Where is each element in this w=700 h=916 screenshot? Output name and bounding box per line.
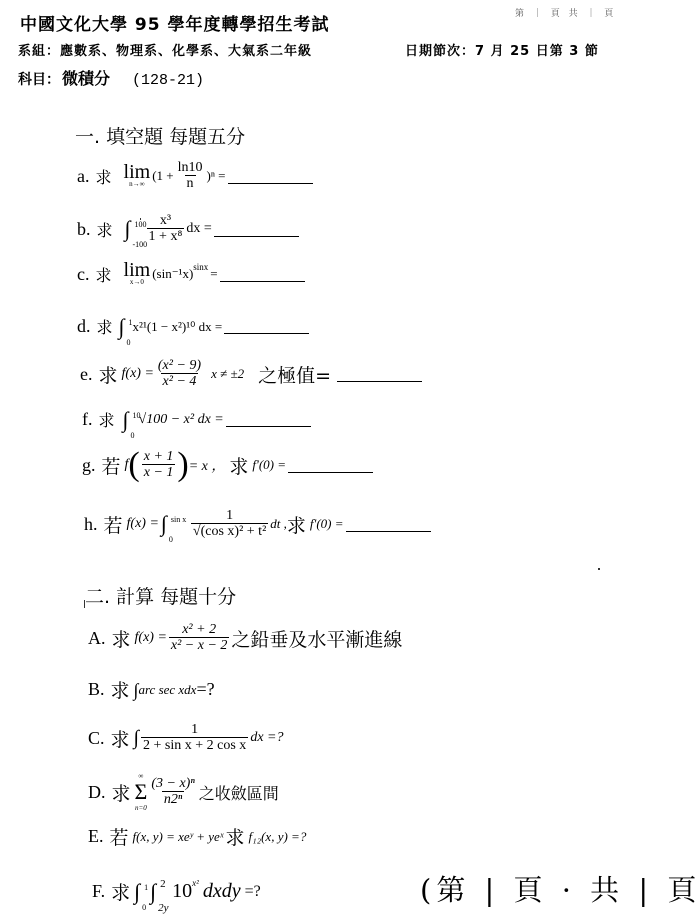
question-b: b. 求 ∫100-100 x³1 + x⁸ dx =: [77, 213, 299, 245]
section-1-title: 一. 填空題 每題五分: [75, 122, 245, 149]
question-E: E. 若 f(x, y) = xeʸ + yeˣ 求 f₁₂(x, y) =?: [88, 823, 306, 850]
question-label: e.: [80, 364, 93, 385]
subject-label: 科目：: [18, 72, 60, 88]
scan-speck: [140, 218, 141, 220]
question-verb: 若: [110, 823, 129, 850]
question-C: C. 求 ∫ 12 + sin x + 2 cos x dx =?: [88, 722, 283, 754]
question-verb: 求: [96, 165, 112, 188]
answer-blank: [228, 169, 313, 184]
question-verb: 求: [111, 725, 130, 752]
question-label: F.: [92, 881, 105, 902]
question-label: g.: [82, 455, 96, 476]
departments-label: 系組：: [18, 44, 60, 59]
section-2-title: 二. 計算 每題十分: [85, 582, 236, 609]
integral-sign: ∫10: [119, 317, 125, 337]
answer-blank: [288, 458, 373, 473]
summation: ∞Σn=0: [135, 770, 148, 814]
question-label: f.: [82, 409, 93, 430]
answer-blank: [224, 319, 309, 334]
question-verb: 求: [112, 625, 131, 652]
integral-sign: ∫100-100: [125, 219, 131, 239]
question-verb: 求: [97, 315, 113, 338]
question-F: F. 求 ∫10 ∫22y 10x² dxdy =?: [92, 878, 261, 905]
date-value: 7 月 25 日第 3 節: [475, 44, 599, 59]
outer-integral-sign: ∫10: [134, 882, 140, 902]
question-verb: 求: [96, 263, 112, 286]
question-D: D. 求 ∞Σn=0 (3 − x)ⁿn2ⁿ 之收斂區間: [88, 770, 283, 814]
question-f: f. 求 ∫100 √100 − x² dx =: [82, 408, 311, 431]
fraction: 1√(cos x)² + t²: [191, 508, 268, 540]
question-c: c. 求 limx→0 (sin⁻¹x)sinx =: [77, 262, 305, 286]
question-A: A. 求 f(x) = x² + 2x² − x − 2 之鉛垂及水平漸進線: [88, 622, 406, 654]
fraction: x² + 2x² − x − 2: [169, 622, 230, 654]
integral-sign: ∫: [134, 728, 139, 748]
subject-line: 科目：微積分(128-21): [18, 66, 204, 89]
question-verb: 求: [99, 408, 115, 431]
limit: limx→0: [124, 262, 151, 286]
answer-blank: [337, 367, 422, 382]
integral-sign: ∫: [134, 680, 139, 700]
subject-code: (128-21): [132, 72, 204, 89]
exam-title: 中國文化大學 95 學年度轉學招生考試: [20, 10, 330, 35]
question-label: D.: [88, 782, 106, 803]
fraction: x + 1x − 1: [142, 449, 176, 481]
page-info: (第 | 頁 · 共 | 頁): [420, 868, 700, 909]
question-e: e. 求 f(x) = (x² − 9)x² − 4 x ≠ ±2 之極值=: [80, 358, 422, 390]
question-h: h. 若 f(x) = ∫sin x0 1√(cos x)² + t² dt ,…: [84, 508, 431, 540]
integral-sign: ∫100: [123, 410, 129, 430]
fraction: 12 + sin x + 2 cos x: [141, 722, 248, 754]
question-B: B. 求 ∫ arc sec xdx =?: [88, 676, 215, 703]
date-line: 日期節次：7 月 25 日第 3 節: [405, 40, 599, 59]
fraction: (x² − 9)x² − 4: [156, 358, 203, 390]
answer-blank: [346, 517, 431, 532]
scan-speck: [84, 600, 85, 608]
answer-blank: [220, 267, 305, 282]
question-verb: 若: [102, 452, 121, 479]
question-label: h.: [84, 514, 98, 535]
inner-integral-sign: ∫22y: [150, 882, 156, 902]
fraction: x³1 + x⁸: [147, 213, 185, 245]
question-verb: 求: [99, 361, 118, 388]
departments-value: 應數系、物理系、化學系、大氣系二年級: [60, 44, 312, 59]
question-label: B.: [88, 679, 105, 700]
subject-value: 微積分: [62, 69, 110, 88]
departments-line: 系組：應數系、物理系、化學系、大氣系二年級: [18, 40, 312, 59]
question-label: A.: [88, 628, 106, 649]
question-a: a. 求 limn→∞ (1 + ln10n )ⁿ =: [77, 160, 313, 192]
question-verb: 求: [97, 218, 113, 241]
integral-sign: ∫sin x0: [161, 514, 167, 534]
question-verb: 若: [104, 511, 123, 538]
question-label: C.: [88, 728, 105, 749]
faint-page-info-top: 第 ｜ 頁 共 ｜ 頁: [515, 6, 616, 19]
question-d: d. 求 ∫10 x²¹(1 − x²)¹⁰ dx =: [77, 315, 309, 338]
date-label: 日期節次：: [405, 44, 475, 59]
question-verb: 求: [111, 878, 130, 905]
question-label: b.: [77, 219, 91, 240]
question-label: c.: [77, 264, 90, 285]
fraction: ln10n: [176, 160, 205, 192]
question-label: a.: [77, 166, 90, 187]
limit: limn→∞: [124, 164, 151, 188]
question-label: d.: [77, 316, 91, 337]
question-label: E.: [88, 826, 104, 847]
scan-speck: [598, 568, 600, 570]
answer-blank: [214, 222, 299, 237]
answer-blank: [226, 412, 311, 427]
fraction: (3 − x)ⁿn2ⁿ: [149, 776, 196, 808]
question-g: g. 若 f ( x + 1x − 1 ) = x ， 求 f'(0) =: [82, 449, 373, 481]
question-verb: 求: [112, 779, 131, 806]
question-verb: 求: [111, 676, 130, 703]
